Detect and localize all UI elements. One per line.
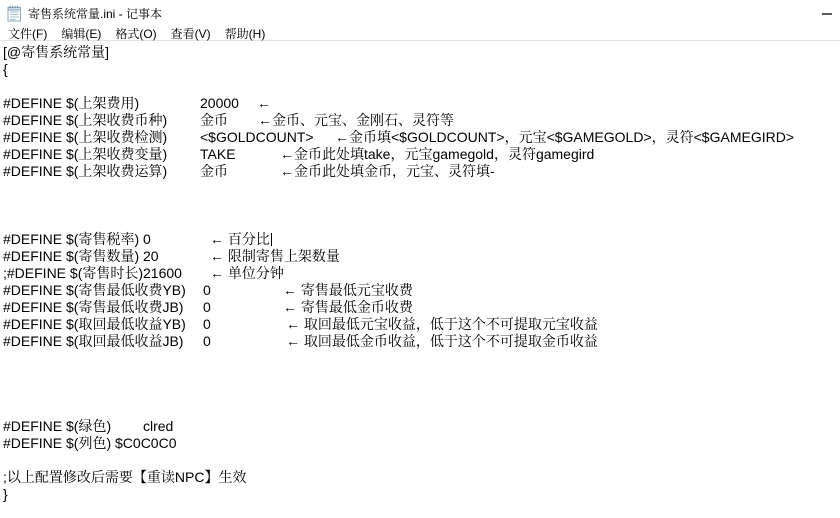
text-line bbox=[0, 452, 840, 469]
text-line bbox=[0, 367, 840, 384]
code-text: ← bbox=[257, 95, 271, 112]
code-text: 0 bbox=[203, 282, 211, 299]
text-cursor bbox=[271, 233, 272, 246]
minimize-button[interactable] bbox=[814, 0, 840, 27]
text-line: #DEFINE $(上架收费运算)金币←金币此处填金币，元宝、灵符填- bbox=[0, 163, 840, 180]
code-text: 0 bbox=[203, 316, 211, 333]
code-text: #DEFINE $(绿色) bbox=[3, 418, 111, 435]
code-text: #DEFINE $(寄售最低收费YB) bbox=[3, 282, 186, 299]
code-text: ← 取回最低元宝收益，低于这个不可提取元宝收益 bbox=[286, 316, 598, 333]
text-line bbox=[0, 197, 840, 214]
code-text: #DEFINE $(上架费用) bbox=[3, 95, 139, 112]
notepad-window: 寄售系统常量.ini - 记事本 文件(F) 编辑(E) 格式(O) 查看(V)… bbox=[0, 0, 840, 518]
code-text: ← 单位分钟 bbox=[210, 265, 284, 282]
code-text: ←金币此处填take，元宝gamegold，灵符gamegird bbox=[280, 146, 594, 163]
menu-edit[interactable]: 编辑(E) bbox=[61, 25, 110, 42]
title-bar: 寄售系统常量.ini - 记事本 bbox=[0, 0, 840, 27]
text-line bbox=[0, 214, 840, 231]
minimize-icon bbox=[822, 13, 832, 15]
code-text: #DEFINE $(上架收费币种) bbox=[3, 112, 167, 129]
code-text: ←金币、元宝、金刚石、灵符等 bbox=[258, 112, 454, 129]
code-text: ;以上配置修改后需要【重读NPC】生效 bbox=[3, 469, 246, 486]
notepad-icon bbox=[7, 5, 22, 22]
text-line: ;以上配置修改后需要【重读NPC】生效 bbox=[0, 469, 840, 486]
code-text: } bbox=[3, 486, 8, 503]
code-text: #DEFINE $(寄售数量) 20 bbox=[3, 248, 159, 265]
code-text: ← 百分比 bbox=[210, 231, 272, 248]
code-text: #DEFINE $(寄售税率) 0 bbox=[3, 231, 151, 248]
code-text: 金币 bbox=[200, 112, 228, 129]
text-line: ;#DEFINE $(寄售时长)21600← 单位分钟 bbox=[0, 265, 840, 282]
code-text: 0 bbox=[203, 299, 211, 316]
text-line bbox=[0, 180, 840, 197]
code-text: #DEFINE $(上架收费检测) bbox=[3, 129, 167, 146]
text-line: #DEFINE $(寄售最低收费JB)0← 寄售最低金币收费 bbox=[0, 299, 840, 316]
code-text: ←金币此处填金币，元宝、灵符填- bbox=[280, 163, 495, 180]
text-line bbox=[0, 401, 840, 418]
code-text: 0 bbox=[203, 333, 211, 350]
code-text: clred bbox=[143, 418, 173, 435]
text-line: #DEFINE $(取回最低收益YB)0← 取回最低元宝收益，低于这个不可提取元… bbox=[0, 316, 840, 333]
code-text: 20000 bbox=[200, 95, 239, 112]
menu-format[interactable]: 格式(O) bbox=[115, 25, 165, 42]
code-text: ←金币填<$GOLDCOUNT>，元宝<$GAMEGOLD>，灵符<$GAMEG… bbox=[335, 129, 794, 146]
code-text: 金币 bbox=[200, 163, 228, 180]
text-line: #DEFINE $(绿色)clred bbox=[0, 418, 840, 435]
text-line: #DEFINE $(上架收费检测)<$GOLDCOUNT>←金币填<$GOLDC… bbox=[0, 129, 840, 146]
text-line: #DEFINE $(上架费用)20000← bbox=[0, 95, 840, 112]
code-text: #DEFINE $(寄售最低收费JB) bbox=[3, 299, 183, 316]
menu-view[interactable]: 查看(V) bbox=[171, 25, 220, 42]
text-line bbox=[0, 384, 840, 401]
code-text: ← 寄售最低金币收费 bbox=[283, 299, 413, 316]
code-text: #DEFINE $(取回最低收益JB) bbox=[3, 333, 183, 350]
text-line: { bbox=[0, 61, 840, 78]
text-line: } bbox=[0, 486, 840, 503]
text-line: #DEFINE $(寄售数量) 20← 限制寄售上架数量 bbox=[0, 248, 840, 265]
text-line: [@寄售系统常量] bbox=[0, 44, 840, 61]
editor-content[interactable]: [@寄售系统常量]{#DEFINE $(上架费用)20000←#DEFINE $… bbox=[0, 42, 840, 518]
code-text: <$GOLDCOUNT> bbox=[200, 129, 314, 146]
text-line: #DEFINE $(寄售最低收费YB)0← 寄售最低元宝收费 bbox=[0, 282, 840, 299]
text-line: #DEFINE $(取回最低收益JB)0← 取回最低金币收益，低于这个不可提取金… bbox=[0, 333, 840, 350]
menu-file[interactable]: 文件(F) bbox=[8, 25, 56, 42]
text-line: #DEFINE $(上架收费变量)TAKE←金币此处填take，元宝gamego… bbox=[0, 146, 840, 163]
code-text: ← 寄售最低元宝收费 bbox=[283, 282, 413, 299]
text-line bbox=[0, 78, 840, 95]
code-text: #DEFINE $(取回最低收益YB) bbox=[3, 316, 186, 333]
code-text: #DEFINE $(上架收费运算) bbox=[3, 163, 167, 180]
code-text: { bbox=[3, 61, 8, 78]
code-text: #DEFINE $(列色) $C0C0C0 bbox=[3, 435, 177, 452]
code-text: ← 取回最低金币收益，低于这个不可提取金币收益 bbox=[286, 333, 598, 350]
code-text: TAKE bbox=[200, 146, 236, 163]
text-line: #DEFINE $(寄售税率) 0← 百分比 bbox=[0, 231, 840, 248]
menu-bar: 文件(F) 编辑(E) 格式(O) 查看(V) 帮助(H) bbox=[0, 27, 840, 41]
code-text: ;#DEFINE $(寄售时长)21600 bbox=[3, 265, 182, 282]
code-text: #DEFINE $(上架收费变量) bbox=[3, 146, 167, 163]
window-title: 寄售系统常量.ini - 记事本 bbox=[28, 5, 162, 22]
code-text: [@寄售系统常量] bbox=[3, 44, 109, 61]
text-line: #DEFINE $(列色) $C0C0C0 bbox=[0, 435, 840, 452]
text-line: #DEFINE $(上架收费币种)金币←金币、元宝、金刚石、灵符等 bbox=[0, 112, 840, 129]
code-text: ← 限制寄售上架数量 bbox=[210, 248, 340, 265]
menu-help[interactable]: 帮助(H) bbox=[225, 25, 275, 42]
text-line bbox=[0, 350, 840, 367]
